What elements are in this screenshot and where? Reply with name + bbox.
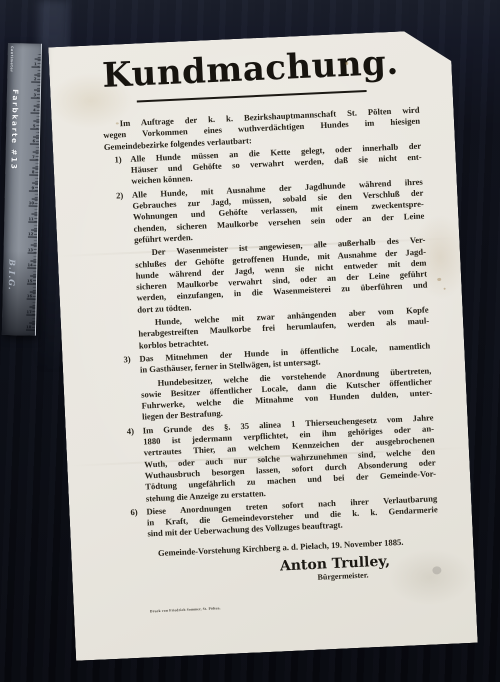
dateline-place: Gemeinde-Vorstehung Kirchberg a. d. Piel…: [158, 540, 329, 558]
ruler-cm-cell: 12: [22, 222, 37, 238]
printer-imprint: Druck von Friedrich Sommer, St. Pölten.: [150, 606, 221, 613]
ruler-number: 5: [33, 124, 36, 128]
document-title: Kundmachung.: [49, 41, 452, 97]
ruler-cm-cell: 16: [21, 284, 36, 300]
ruler-brand-label: B.I.G.: [7, 259, 18, 291]
ruler-cm-cell: 11: [22, 206, 37, 222]
ruler-cm-cell: 5: [24, 113, 39, 129]
ruler-cm-cell: 13: [22, 237, 37, 253]
numbered-item: 2)Alle Hunde, mit Ausnahme der Jagdhunde…: [132, 176, 425, 246]
ruler-cm-cell: 14: [21, 253, 36, 269]
ruler-number: 11: [28, 217, 33, 221]
ruler-number: 15: [27, 279, 32, 283]
ruler-number: 3: [33, 93, 36, 97]
ruler-number: 8: [32, 170, 35, 174]
ruler-cm-cell: 18: [20, 315, 35, 331]
stain-spot: [345, 62, 348, 65]
stain-spot: [437, 278, 441, 281]
document-blocks: Im Auftrage der k. k. Bezirkshauptmannsc…: [103, 105, 439, 542]
ruler-unit-label: Centimeter: [9, 46, 13, 72]
item-number: 1): [114, 154, 122, 166]
ruler-cm-cell: 2: [25, 67, 40, 83]
item-number: 3): [123, 354, 131, 366]
document-body: Im Auftrage der k. k. Bezirkshauptmannsc…: [103, 105, 441, 592]
numbered-item: 4)Im Grunde des §. 35 alinea 1 Thierseuc…: [143, 412, 437, 504]
ruler-cm-cell: 9: [23, 175, 38, 191]
signature-block: Anton Trulley, Bürgermeister.: [123, 553, 391, 591]
ruler-number: 14: [27, 263, 32, 267]
ruler-cm-cell: 7: [24, 144, 39, 160]
ruler-cm-cell: 8: [23, 160, 38, 176]
ruler-number: 9: [31, 186, 34, 190]
ruler-number: 1: [34, 62, 37, 66]
ruler-number: 10: [28, 201, 33, 205]
measuring-ruler: Centimeter Farbkarte #13 123456789101112…: [2, 43, 42, 336]
ruler-cm-cell: 3: [25, 82, 40, 98]
item-number: 4): [127, 426, 135, 438]
ruler-cm-cell: 10: [23, 191, 38, 207]
ruler-number: 7: [32, 155, 35, 159]
ruler-cm-cell: 6: [24, 129, 39, 145]
item-number: 2): [116, 190, 124, 202]
dateline-date: 19. November 1885.: [329, 537, 404, 550]
ruler-cm-cell: 17: [20, 299, 35, 315]
photo-canvas: { "photo": { "background_color": "#0b0d1…: [0, 0, 500, 682]
ruler-number: 6: [32, 139, 35, 143]
ruler-cm-cell: 1: [26, 51, 41, 67]
item-number: 6): [130, 507, 138, 519]
ruler-number: 12: [28, 232, 33, 236]
stain-spot: [444, 288, 446, 290]
ruler-number: 13: [27, 248, 32, 252]
ruler-number: 16: [26, 294, 31, 298]
ruler-number: 18: [26, 325, 31, 329]
proclamation-paper: Kundmachung. Im Auftrage der k. k. Bezir…: [48, 29, 477, 661]
paragraph: Der Wasenmeister ist angewiesen, alle au…: [134, 235, 428, 316]
ruler-side-label: Farbkarte #13: [9, 89, 20, 171]
ruler-number: 17: [26, 310, 31, 314]
ruler-number: 4: [33, 108, 36, 112]
ruler-cm-cell: 15: [21, 268, 36, 284]
ruler-number: 2: [34, 77, 37, 81]
ruler-cm-cell: 4: [25, 98, 40, 114]
